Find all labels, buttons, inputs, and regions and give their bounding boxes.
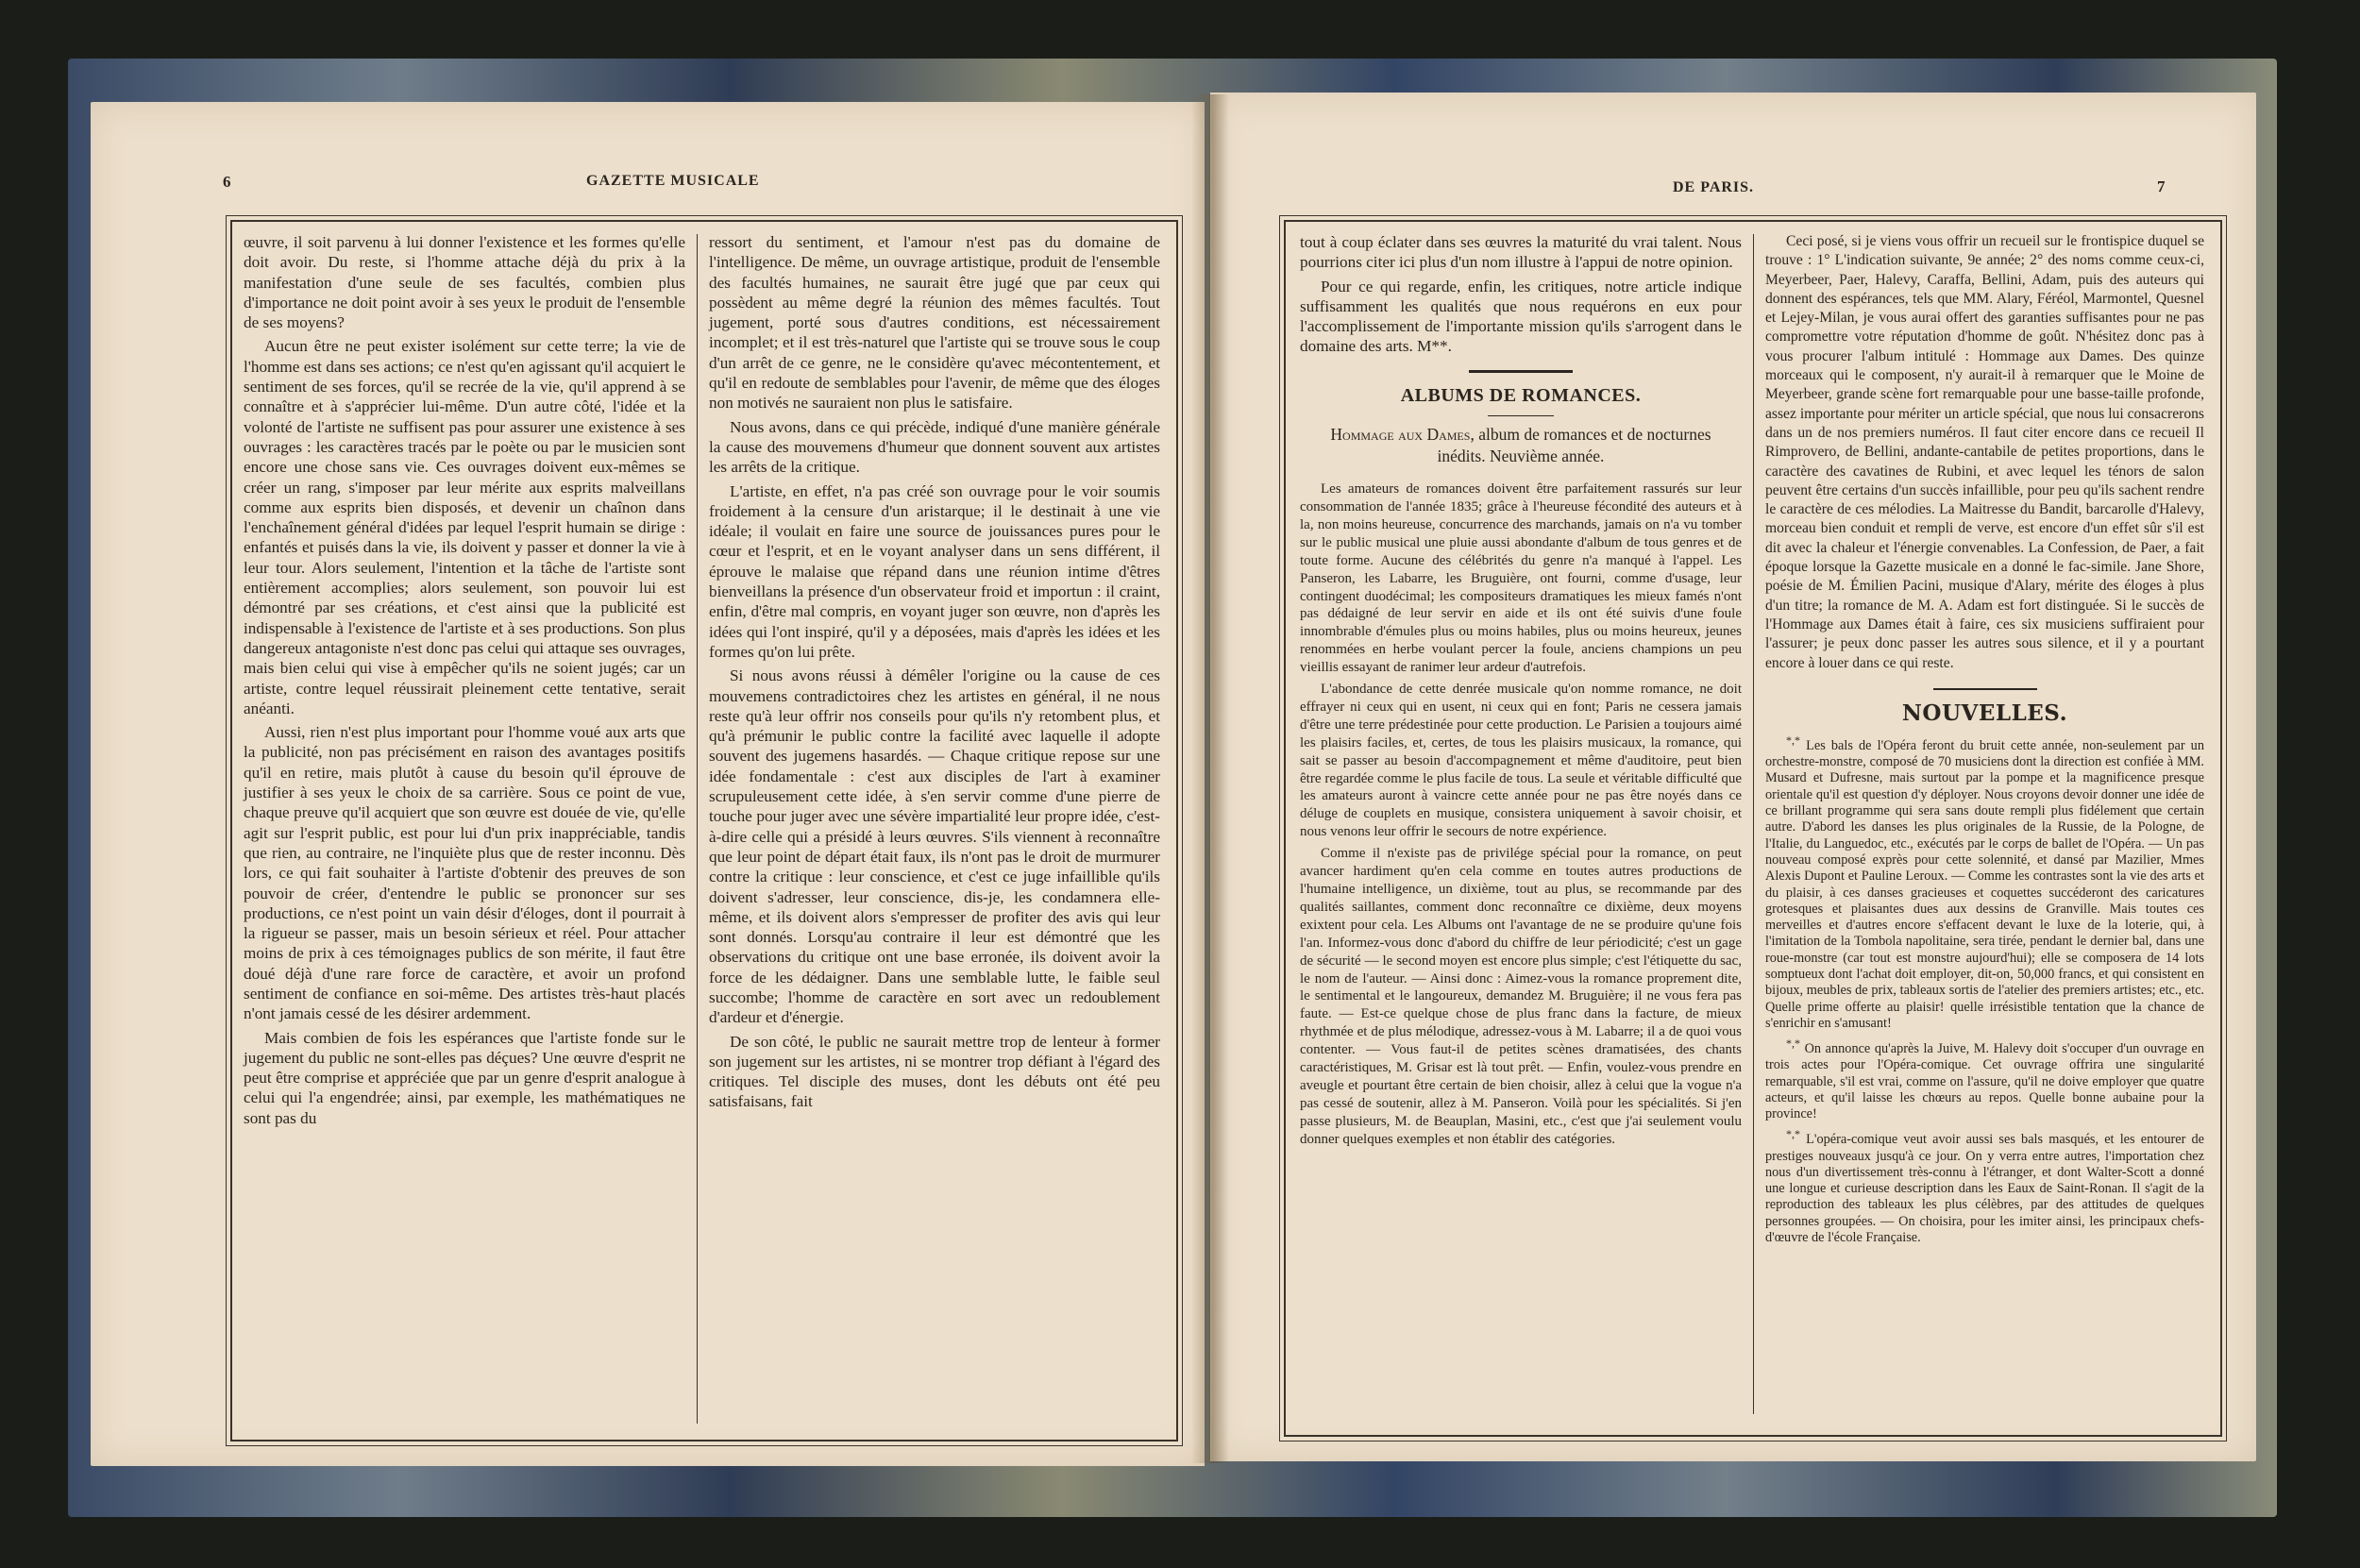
running-head-left: GAZETTE MUSICALE (586, 173, 760, 190)
asterism-icon: *,* (1786, 1037, 1800, 1050)
paragraph: Comme il n'existe pas de privilége spéci… (1300, 845, 1742, 1148)
paragraph: Aussi, rien n'est plus important pour l'… (244, 722, 685, 1023)
paragraph: tout à coup éclater dans ses œuvres la m… (1300, 232, 1742, 273)
right-page: DE PARIS. 7 tout à coup éclater dans ses… (1210, 93, 2256, 1461)
paragraph: L'abondance de cette denrée musicale qu'… (1300, 681, 1742, 841)
page-number-right: 7 (2157, 177, 2166, 196)
left-page-column-1: œuvre, il soit parvenu à lui donner l'ex… (244, 232, 685, 1132)
paragraph: Ceci posé, si je viens vous offrir un re… (1765, 232, 2204, 673)
section-divider (1469, 370, 1573, 373)
paragraph: De son côté, le public ne saurait mettre… (709, 1032, 1160, 1112)
left-page-column-2: ressort du sentiment, et l'amour n'est p… (709, 232, 1160, 1116)
news-item: *,* Les bals de l'Opéra feront du bruit … (1765, 733, 2204, 1032)
asterism-icon: *,* (1786, 733, 1800, 747)
right-page-column-1: tout à coup éclater dans ses œuvres la m… (1300, 232, 1742, 1153)
section-divider (1488, 415, 1554, 416)
paragraph: Mais combien de fois les espérances que … (244, 1028, 685, 1128)
paragraph: ressort du sentiment, et l'amour n'est p… (709, 232, 1160, 413)
asterism-icon: *,* (1786, 1127, 1800, 1140)
album-title: Hommage aux Dames (1330, 425, 1470, 444)
section-divider (1933, 688, 2037, 690)
left-page: 6 GAZETTE MUSICALE œuvre, il soit parven… (91, 102, 1205, 1466)
paragraph: Pour ce qui regarde, enfin, les critique… (1300, 277, 1742, 357)
album-subhead: Hommage aux Dames, album de romances et … (1309, 424, 1732, 467)
paragraph: L'artiste, en effet, n'a pas créé son ou… (709, 481, 1160, 663)
column-divider (697, 234, 698, 1424)
section-title-nouvelles: NOUVELLES. (1765, 703, 2204, 723)
column-divider (1753, 234, 1754, 1414)
book-gutter (1191, 94, 1229, 1463)
news-item: *,* On annonce qu'après la Juive, M. Hal… (1765, 1036, 2204, 1122)
section-title-albums: ALBUMS DE ROMANCES. (1300, 386, 1742, 406)
running-head-right: DE PARIS. (1673, 179, 1754, 196)
paragraph: œuvre, il soit parvenu à lui donner l'ex… (244, 232, 685, 332)
page-number-left: 6 (223, 173, 231, 192)
paragraph: Aucun être ne peut exister isolément sur… (244, 336, 685, 718)
album-description: , album de romances et de nocturnes inéd… (1438, 425, 1711, 465)
news-item: *,* L'opéra-comique veut avoir aussi ses… (1765, 1126, 2204, 1246)
paragraph: Les amateurs de romances doivent être pa… (1300, 481, 1742, 677)
paragraph: Si nous avons réussi à démêler l'origine… (709, 666, 1160, 1027)
right-page-column-2: Ceci posé, si je viens vous offrir un re… (1765, 232, 2204, 1250)
paragraph: Nous avons, dans ce qui précède, indiqué… (709, 417, 1160, 478)
